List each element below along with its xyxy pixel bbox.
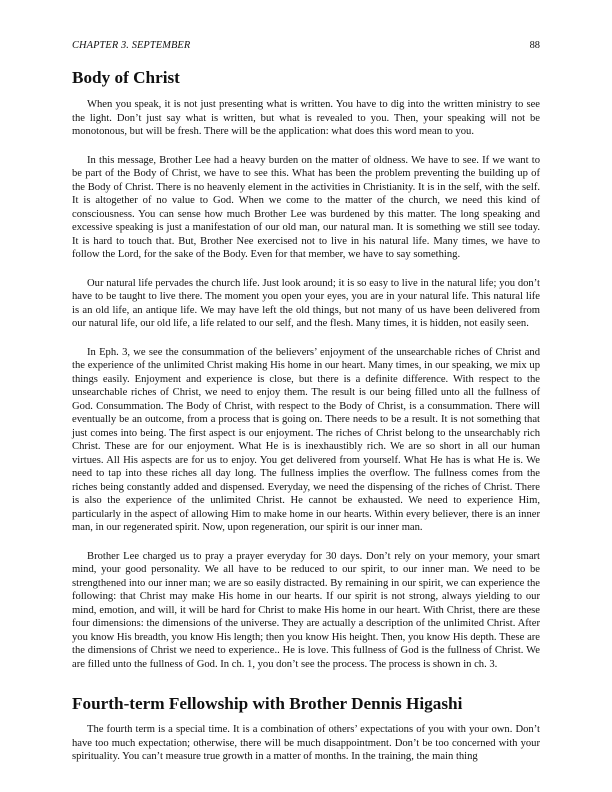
section-fourth-term-fellowship: Fourth-term Fellowship with Brother Denn… — [72, 694, 540, 764]
paragraph: In Eph. 3, we see the consummation of th… — [72, 346, 540, 535]
document-page: CHAPTER 3. SEPTEMBER 88 Body of Christ W… — [72, 40, 540, 779]
section-body-of-christ: Body of Christ When you speak, it is not… — [72, 68, 540, 671]
running-head: CHAPTER 3. SEPTEMBER 88 — [72, 40, 540, 54]
paragraph: Our natural life pervades the church lif… — [72, 277, 540, 331]
section-title: Body of Christ — [72, 68, 540, 88]
paragraph: The fourth term is a special time. It is… — [72, 723, 540, 764]
chapter-heading: CHAPTER 3. SEPTEMBER — [72, 40, 190, 51]
paragraph: In this message, Brother Lee had a heavy… — [72, 154, 540, 262]
paragraph: Brother Lee charged us to pray a prayer … — [72, 550, 540, 672]
paragraph: When you speak, it is not just presentin… — [72, 98, 540, 139]
section-title: Fourth-term Fellowship with Brother Denn… — [72, 694, 540, 714]
page-number: 88 — [530, 40, 540, 51]
